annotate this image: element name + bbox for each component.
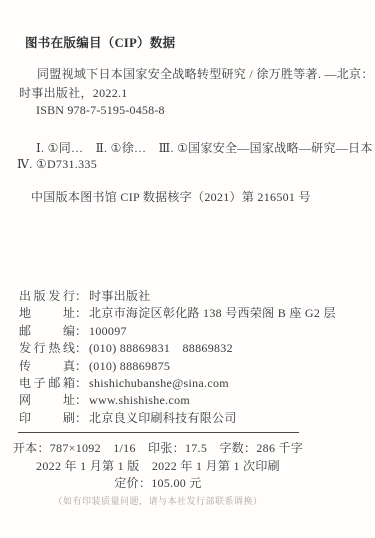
format-line: 开本：787×1092 1/16 印张：17.5 字数：286 千字 — [0, 440, 316, 458]
label-colon: ： — [75, 358, 87, 375]
label-colon: ： — [75, 392, 87, 409]
quality-note-line: （如有印装质量问题，请与本社发行部联系调换） — [0, 493, 316, 509]
publication-value: 时事出版社 — [87, 288, 151, 305]
book-title-line: 同盟视域下日本国家安全战略转型研究 / 徐万胜等著. —北京： — [37, 65, 374, 82]
label-colon: ： — [75, 323, 87, 340]
price-line: 定价：105.00 元 — [0, 475, 316, 493]
publication-row-address: 地址：北京市海淀区彰化路 138 号西荣阁 B 座 G2 层 — [19, 305, 359, 322]
label-colon: ： — [75, 288, 87, 305]
publication-row-email: 电子邮箱：shishichubanshe@sina.com — [19, 375, 359, 392]
publication-row-postcode: 邮编：100097 — [19, 323, 359, 340]
publisher-year-line: 时事出版社，2022.1 — [19, 84, 128, 101]
publication-info-block: 出版发行：时事出版社 地址：北京市海淀区彰化路 138 号西荣阁 B 座 G2 … — [19, 288, 359, 427]
publication-value: shishichubanshe@sina.com — [87, 375, 229, 392]
publication-value: 北京良义印刷科技有限公司 — [87, 410, 237, 427]
print-spec-block: 开本：787×1092 1/16 印张：17.5 字数：286 千字 2022 … — [0, 440, 316, 509]
label-colon: ： — [75, 340, 87, 357]
publication-label: 印刷 — [19, 410, 75, 427]
publication-row-website: 网址：www.shishishe.com — [19, 392, 359, 409]
label-colon: ： — [75, 375, 87, 392]
edition-line: 2022 年 1 月第 1 版 2022 年 1 月第 1 次印刷 — [0, 458, 316, 476]
classification-line-2: Ⅳ. ①D731.335 — [17, 157, 97, 172]
classification-line-1: Ⅰ. ①同… Ⅱ. ①徐… Ⅲ. ①国家安全—国家战略—研究—日本 — [36, 139, 373, 156]
publication-row-printer: 印刷：北京良义印刷科技有限公司 — [19, 410, 359, 427]
publication-label: 传真 — [19, 358, 75, 375]
publication-label: 邮编 — [19, 323, 75, 340]
cip-heading: 图书在版编目（CIP）数据 — [25, 33, 175, 51]
label-colon: ： — [75, 305, 87, 322]
publication-value: (010) 88869831 88869832 — [87, 340, 233, 357]
cip-registry-line: 中国版本图书馆 CIP 数据核字（2021）第 216501 号 — [31, 188, 311, 205]
publication-label: 发行热线 — [19, 340, 75, 357]
divider-rule — [18, 432, 299, 433]
publication-value: 北京市海淀区彰化路 138 号西荣阁 B 座 G2 层 — [87, 305, 336, 322]
copyright-page: 图书在版编目（CIP）数据 同盟视域下日本国家安全战略转型研究 / 徐万胜等著.… — [0, 0, 375, 538]
publication-label: 网址 — [19, 392, 75, 409]
publication-row-fax: 传真：(010) 88869875 — [19, 358, 359, 375]
publication-label: 出版发行 — [19, 288, 75, 305]
publication-row-publisher: 出版发行：时事出版社 — [19, 288, 359, 305]
isbn-line: ISBN 978-7-5195-0458-8 — [36, 103, 165, 118]
publication-label: 电子邮箱 — [19, 375, 75, 392]
publication-value: 100097 — [87, 323, 127, 340]
publication-row-hotline: 发行热线：(010) 88869831 88869832 — [19, 340, 359, 357]
publication-label: 地址 — [19, 305, 75, 322]
label-colon: ： — [75, 410, 87, 427]
publication-value: www.shishishe.com — [87, 392, 190, 409]
publication-value: (010) 88869875 — [87, 358, 170, 375]
